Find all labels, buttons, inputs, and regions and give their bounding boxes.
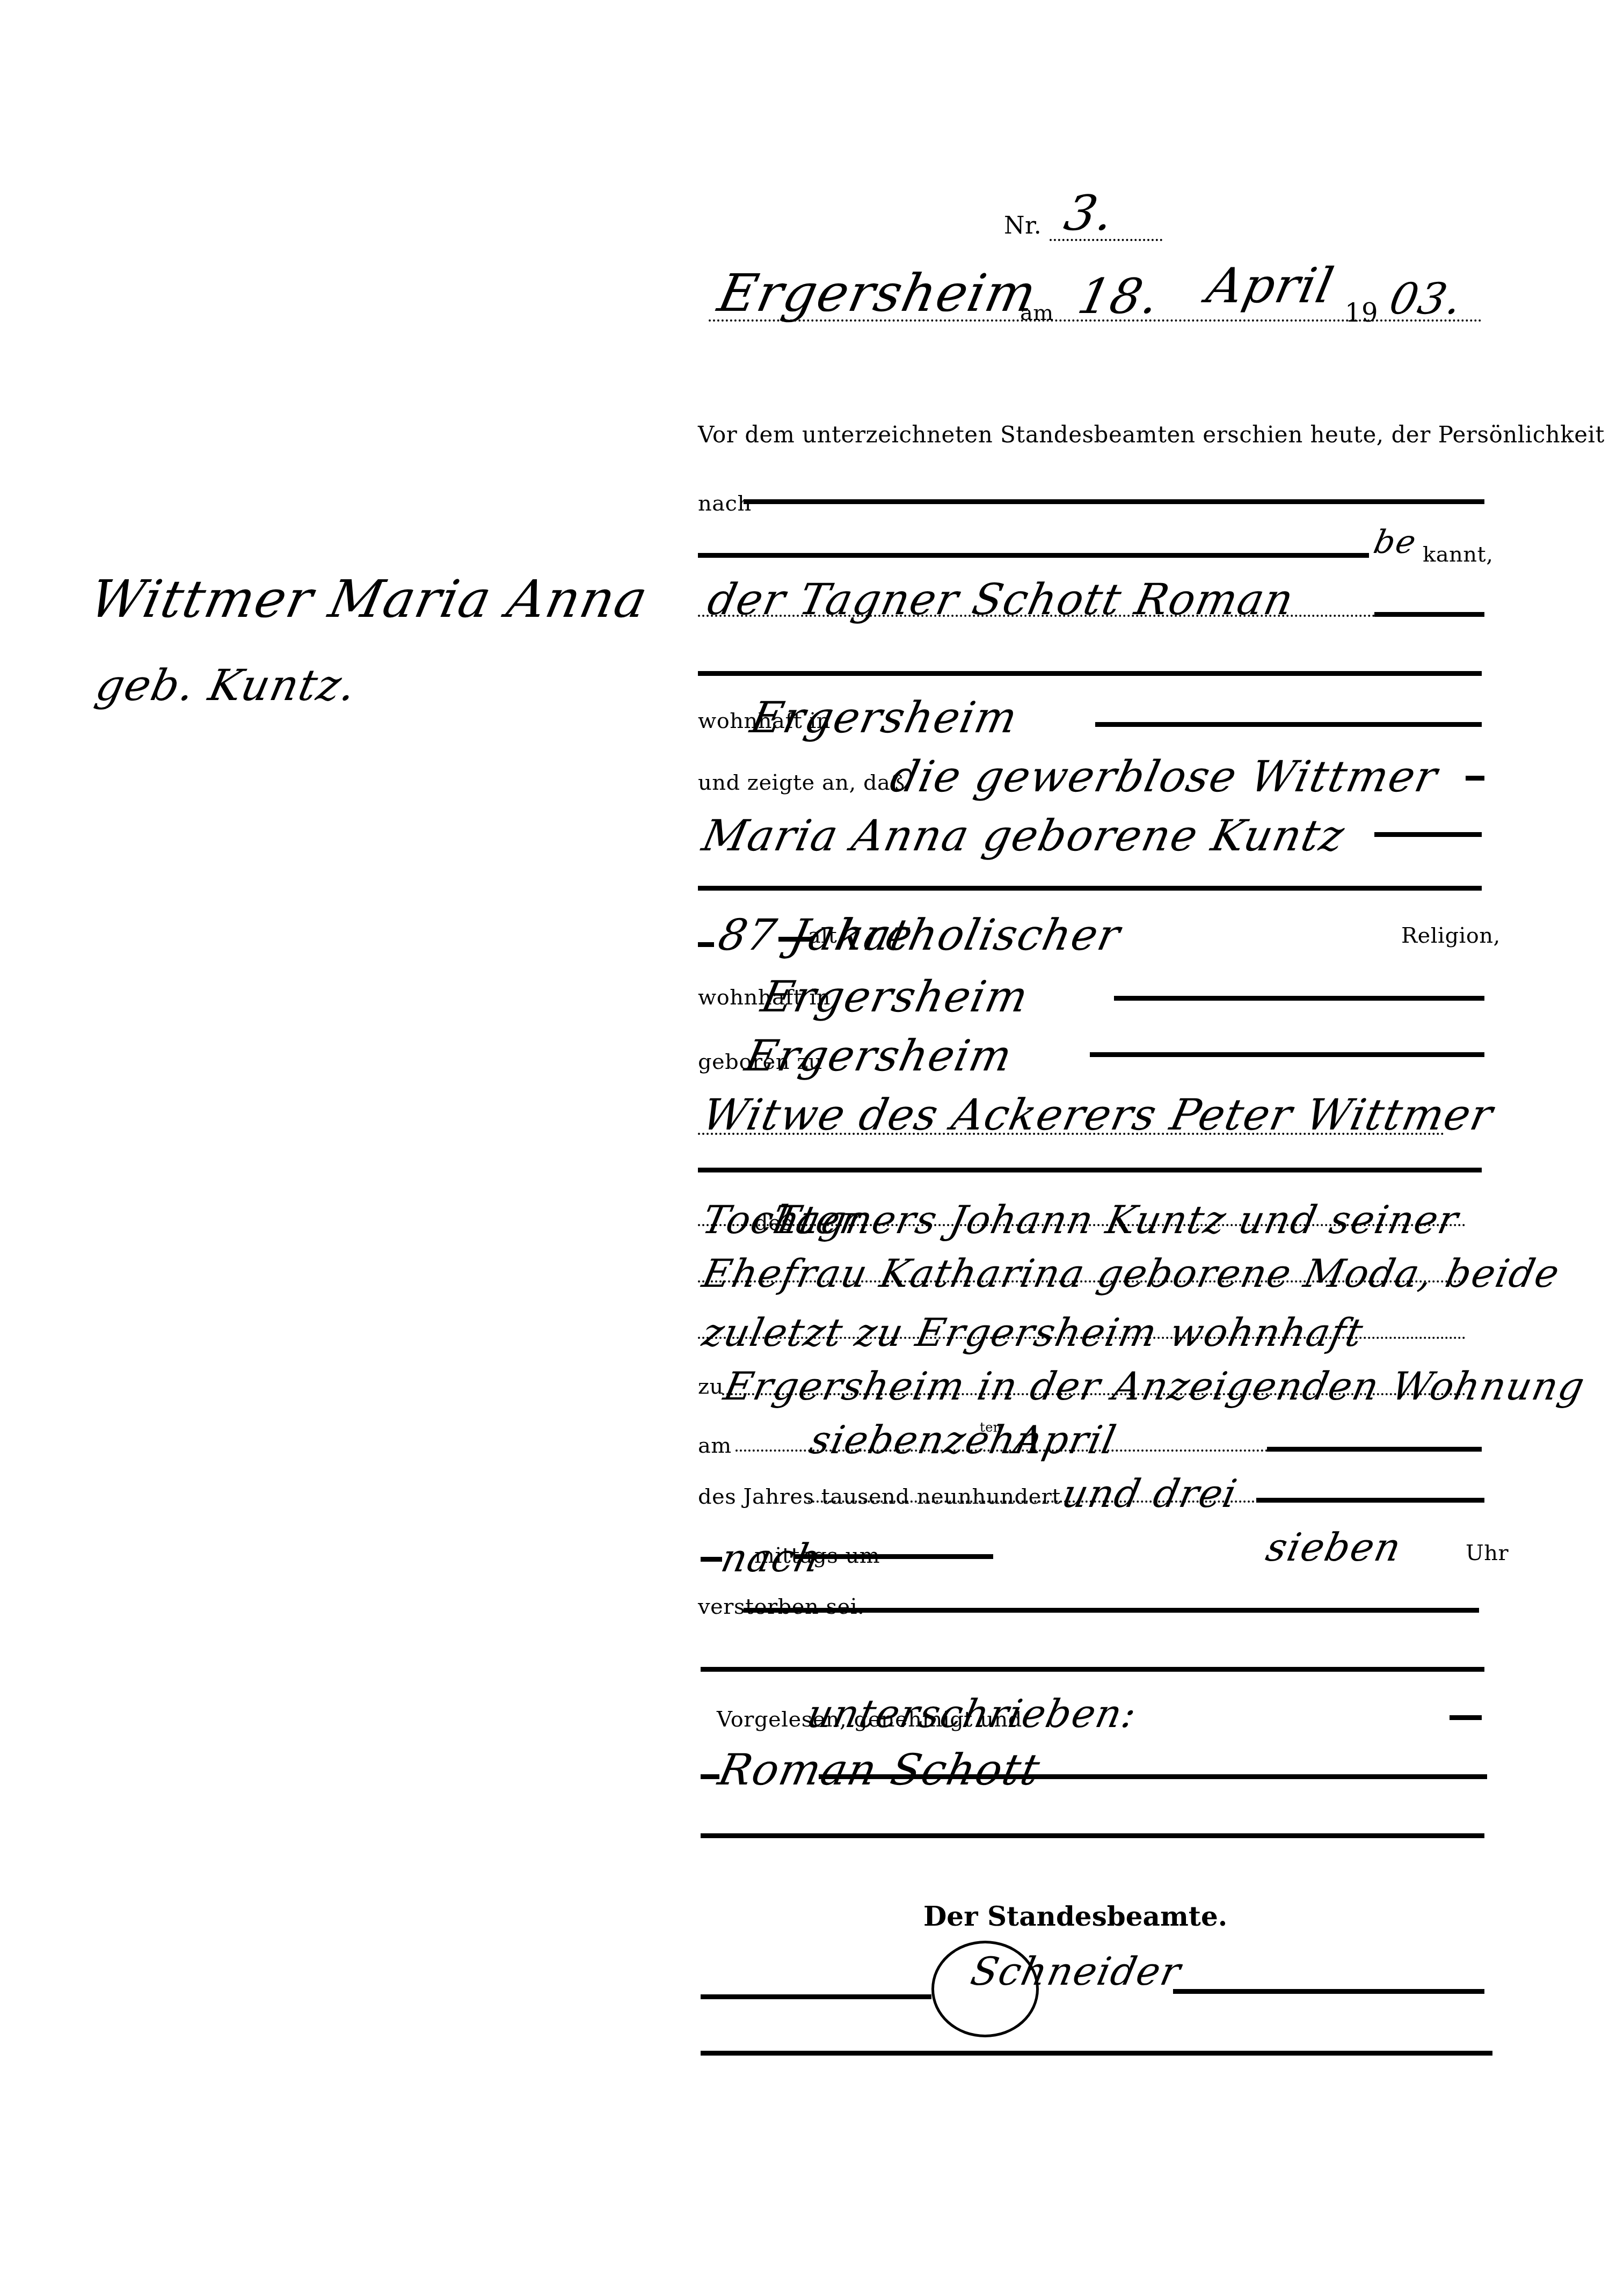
rule-line xyxy=(1173,1989,1484,1994)
rule-line xyxy=(795,1554,993,1559)
dotted-line xyxy=(808,1500,1259,1503)
rule-line xyxy=(1090,1052,1484,1057)
rule-line xyxy=(1374,612,1484,617)
informant-signature: Roman Schott xyxy=(714,1745,1045,1795)
vorgelesen-hand: unterschrieben: xyxy=(803,1691,1141,1736)
bekannt-handwritten: be xyxy=(1371,523,1421,561)
rule-line xyxy=(819,1774,1487,1779)
rule-line xyxy=(698,942,714,947)
rule-line xyxy=(1267,1447,1482,1452)
uhr-label: Uhr xyxy=(1466,1541,1509,1565)
mother-line: Ehefrau Katharina geborene Moda, beide xyxy=(698,1251,1564,1296)
rule-line xyxy=(701,1994,931,1999)
date-dotted-line xyxy=(709,319,1482,322)
ten-suffix: ten xyxy=(980,1420,1002,1435)
margin-note-line1: Wittmer Maria Anna xyxy=(85,569,653,629)
rule-line xyxy=(698,886,1482,891)
date-day: 18. xyxy=(1073,268,1165,325)
time-value: sieben xyxy=(1262,1525,1406,1570)
date-month: April xyxy=(1202,258,1339,314)
rule-line xyxy=(698,553,1369,558)
dotted-line xyxy=(735,1449,1272,1452)
number-dotted-line xyxy=(1050,239,1162,241)
year-label: des Jahres tausend neunhundert xyxy=(698,1484,1061,1509)
rule-line xyxy=(1256,1498,1484,1503)
informant-dotted-line xyxy=(698,615,1444,617)
death-month: April xyxy=(1010,1417,1120,1462)
rule-line xyxy=(1466,776,1484,781)
rule-line xyxy=(701,2051,1492,2056)
informant-residence: Ergersheim xyxy=(746,693,1023,742)
rule-line xyxy=(778,937,811,942)
year-prefix: 19 xyxy=(1345,298,1378,328)
dotted-line xyxy=(698,1280,1466,1283)
year-suffix: 03. xyxy=(1385,274,1467,324)
rule-line xyxy=(1114,996,1484,1001)
verstorben-label: verstorben sei. xyxy=(698,1594,864,1619)
rule-line xyxy=(698,1168,1482,1172)
margin-note-line2: geb. Kuntz. xyxy=(91,660,361,710)
am-death-label: am xyxy=(698,1433,732,1458)
daughter-hand2: Tagners Johann Kuntz und seiner xyxy=(768,1197,1463,1242)
intro-text: Vor dem unterzeichneten Standesbeamten e… xyxy=(698,421,1605,448)
rule-line xyxy=(1095,722,1482,727)
rule-line xyxy=(701,1557,722,1562)
rule-line xyxy=(701,1667,1484,1672)
rule-line xyxy=(1374,832,1482,837)
parents-residence: zuletzt zu Ergersheim wohnhaft xyxy=(698,1310,1367,1355)
rule-line xyxy=(1450,1715,1482,1720)
spouse-dotted-line xyxy=(698,1133,1444,1135)
dotted-line xyxy=(698,1337,1466,1339)
religion-value: katholischer xyxy=(832,910,1125,960)
rule-line xyxy=(698,671,1482,676)
rule-line xyxy=(701,1833,1484,1838)
year-value: und drei xyxy=(1058,1471,1242,1516)
record-number-label: Nr. xyxy=(1004,212,1042,239)
birthplace: Ergersheim xyxy=(741,1031,1017,1081)
death-record-page: Nr. 3. Ergersheim am 18. April 19 03. Wi… xyxy=(0,0,1624,2273)
registrar-heading: Der Standesbeamte. xyxy=(923,1900,1227,1932)
rule-line xyxy=(744,1608,1479,1613)
record-number-value: 3. xyxy=(1060,185,1120,242)
religion-label: Religion, xyxy=(1401,923,1501,948)
rule-line xyxy=(701,1774,719,1779)
dotted-line xyxy=(722,1393,1466,1395)
deceased-residence: Ergersheim xyxy=(757,972,1033,1022)
place-handwritten: Ergersheim xyxy=(713,263,1043,323)
deceased-line2: Maria Anna geborene Kuntz xyxy=(698,811,1349,861)
bekannt-label: kannt, xyxy=(1423,542,1493,567)
zu-label: zu xyxy=(698,1374,724,1399)
rule-line xyxy=(744,499,1484,504)
dotted-line xyxy=(698,1224,1466,1226)
death-place: Ergersheim in der Anzeigenden Wohnung xyxy=(720,1364,1589,1409)
registrar-signature: Schneider xyxy=(967,1949,1185,1994)
zeigte-label: und zeigte an, daß xyxy=(698,770,905,795)
informant-name: der Tagner Schott Roman xyxy=(703,574,1299,624)
deceased-line1: die gewerblose Wittmer xyxy=(886,752,1443,802)
am-label: am xyxy=(1020,301,1054,325)
